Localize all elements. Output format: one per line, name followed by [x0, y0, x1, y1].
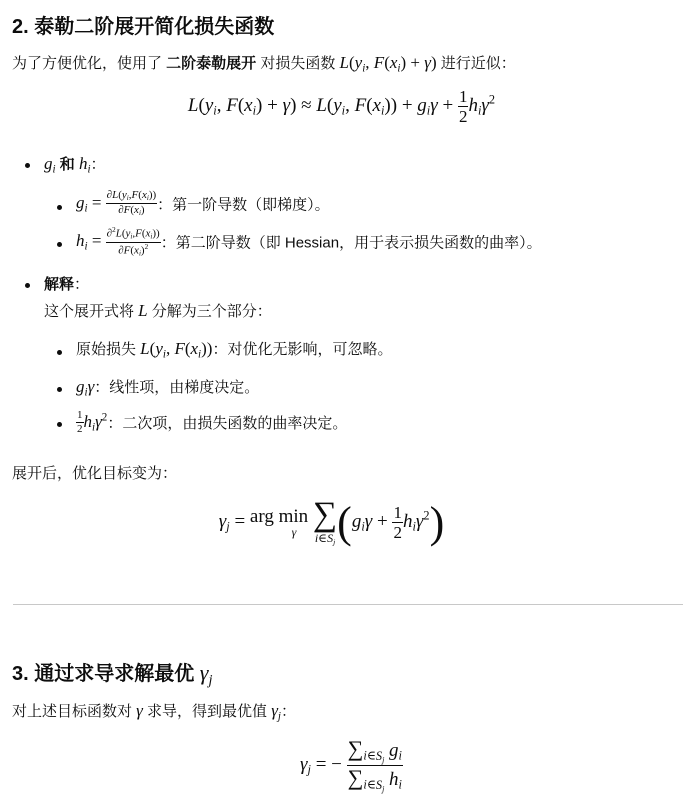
hi-definition: hi = ∂2L(yi,F(xi))∂F(xi)2：第二阶导数（即 Hessia… [76, 227, 542, 257]
intro-suffix: 进行近似： [437, 55, 516, 72]
term-original-loss: 原始损失 L(yi, F(xi))：对优化无影响，可忽略。 [76, 338, 392, 360]
section-divider [13, 604, 683, 605]
intro-prefix: 为了方便优化，使用了 [12, 55, 166, 72]
bullet-dot [57, 350, 62, 355]
bullet-dot [57, 205, 62, 210]
optimal-gamma-equation: γj = − ∑i∈Sj gi∑i∈Sj hi [10, 738, 683, 793]
bullet-dot [25, 163, 30, 168]
bullet-dot [57, 387, 62, 392]
bullet-gi-hi-label: gi 和 hi： [44, 153, 106, 175]
intro-bold-term: 二阶泰勒展开 [166, 55, 256, 72]
section-3-heading: 3. 通过求导求解最优 γj [12, 657, 212, 689]
objective-equation: γj = arg minγ ∑i∈Sj(giγ + 12hiγ2) [0, 497, 673, 548]
intro-loss-math: L(yi, F(xi) + γ) [340, 53, 437, 72]
term-linear: giγ：线性项，由梯度决定。 [76, 376, 259, 398]
taylor-expansion-equation: L(yi, F(xi) + γ) ≈ L(yi, F(xi)) + giγ + … [0, 88, 683, 125]
section-3-intro: 对上述目标函数对 γ 求导，得到最优值 γj： [12, 700, 296, 722]
explanation-description: 这个展开式将 L 分解为三个部分： [44, 300, 272, 321]
term-quadratic: 12hiγ2：二次项，由损失函数的曲率决定。 [76, 410, 347, 435]
section-2-heading: 2. 泰勒二阶展开简化损失函数 [12, 10, 274, 39]
explanation-label: 解释： [44, 273, 89, 294]
bullet-dot [57, 242, 62, 247]
section-2-intro: 为了方便优化，使用了 二阶泰勒展开 对损失函数 L(yi, F(xi) + γ)… [12, 52, 516, 74]
bullet-dot [25, 283, 30, 288]
bullet-dot [57, 422, 62, 427]
after-expansion-text: 展开后，优化目标变为： [12, 462, 177, 483]
intro-middle: 对损失函数 [256, 55, 339, 72]
gi-definition: gi = ∂L(yi,F(xi))∂F(xi)：第一阶导数（即梯度）。 [76, 190, 330, 218]
